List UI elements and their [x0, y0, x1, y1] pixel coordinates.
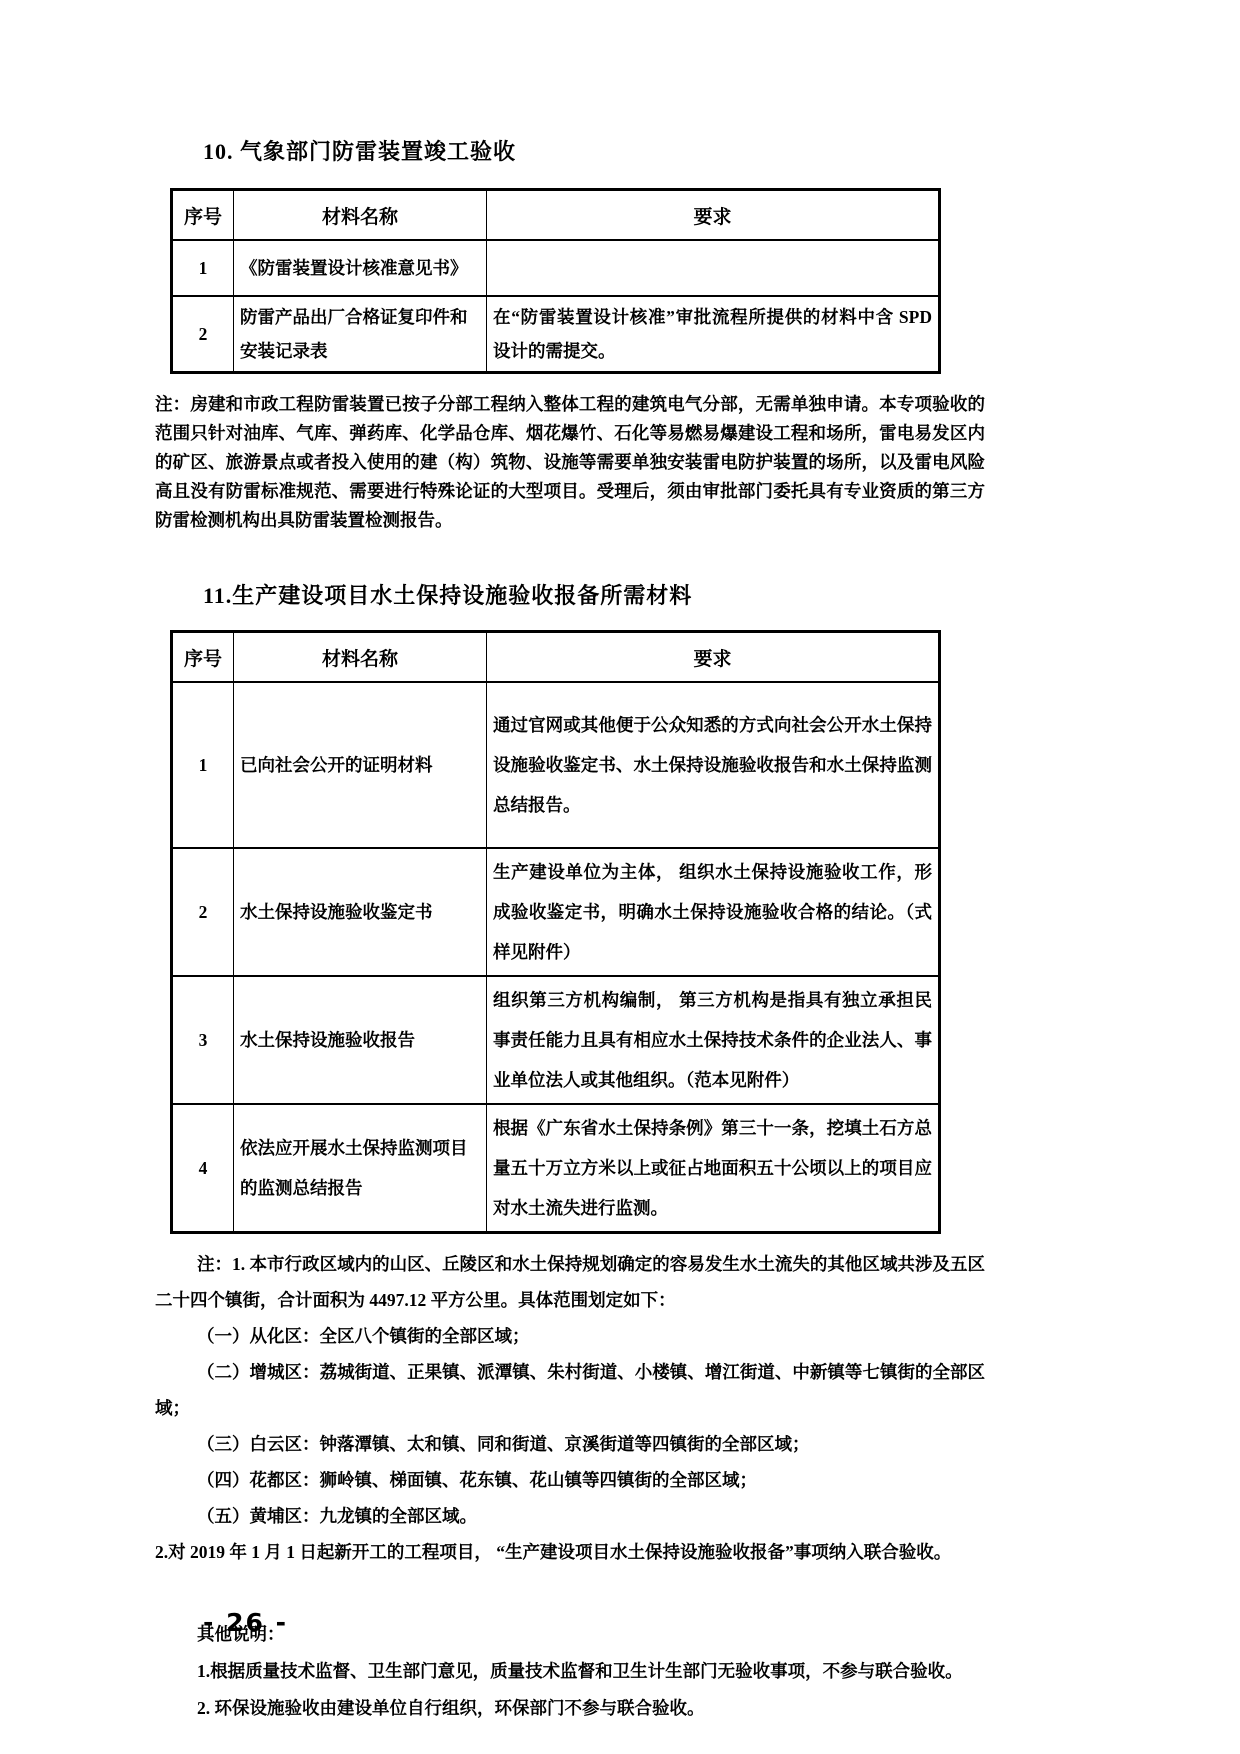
section11-note2: 2.对 2019 年 1 月 1 日起新开工的工程项目， “生产建设项目水土保持…	[155, 1534, 985, 1570]
cell-no: 2	[172, 848, 234, 976]
section10-materials-table: 序号 材料名称 要求 1 《防雷装置设计核准意见书》 2 防雷产品出厂合格证复印…	[170, 188, 941, 374]
header-no: 序号	[172, 190, 234, 241]
cell-no: 3	[172, 976, 234, 1104]
district-item: （五）黄埔区：九龙镇的全部区域。	[155, 1498, 985, 1534]
table-row: 1 《防雷装置设计核准意见书》	[172, 240, 940, 296]
cell-material: 水土保持设施验收报告	[234, 976, 487, 1104]
cell-requirement: 根据《广东省水土保持条例》第三十一条，挖填土石方总量五十万立方米以上或征占地面积…	[487, 1104, 940, 1233]
table-row: 2 水土保持设施验收鉴定书 生产建设单位为主体， 组织水土保持设施验收工作，形成…	[172, 848, 940, 976]
district-item: （四）花都区：狮岭镇、梯面镇、花东镇、花山镇等四镇街的全部区域；	[155, 1462, 985, 1498]
header-requirement: 要求	[487, 190, 940, 241]
other-notes-title: 其他说明：	[197, 1616, 985, 1653]
district-item: （一）从化区：全区八个镇街的全部区域；	[155, 1318, 985, 1354]
section11-note1: 注：1. 本市行政区域内的山区、丘陵区和水土保持规划确定的容易发生水土流失的其他…	[155, 1246, 985, 1318]
cell-material: 已向社会公开的证明材料	[234, 682, 487, 848]
cell-no: 1	[172, 240, 234, 296]
cell-material: 水土保持设施验收鉴定书	[234, 848, 487, 976]
header-material: 材料名称	[234, 190, 487, 241]
cell-material: 《防雷装置设计核准意见书》	[234, 240, 487, 296]
other-note-item: 2. 环保设施验收由建设单位自行组织，环保部门不参与联合验收。	[197, 1690, 985, 1727]
section11-title: 11.生产建设项目水土保持设施验收报备所需材料	[203, 579, 985, 610]
cell-requirement	[487, 240, 940, 296]
header-material: 材料名称	[234, 632, 487, 683]
cell-requirement: 通过官网或其他便于公众知悉的方式向社会公开水土保持设施验收鉴定书、水土保持设施验…	[487, 682, 940, 848]
cell-no: 4	[172, 1104, 234, 1233]
section10-note: 注：房建和市政工程防雷装置已按子分部工程纳入整体工程的建筑电气分部，无需单独申请…	[155, 390, 985, 535]
table-row: 4 依法应开展水土保持监测项目的监测总结报告 根据《广东省水土保持条例》第三十一…	[172, 1104, 940, 1233]
document-page: 10. 气象部门防雷装置竣工验收 序号 材料名称 要求 1 《防雷装置设计核准意…	[0, 0, 1240, 1754]
table-row: 1 已向社会公开的证明材料 通过官网或其他便于公众知悉的方式向社会公开水土保持设…	[172, 682, 940, 848]
cell-material: 防雷产品出厂合格证复印件和安装记录表	[234, 296, 487, 373]
cell-requirement: 在“防雷装置设计核准”审批流程所提供的材料中含 SPD 设计的需提交。	[487, 296, 940, 373]
cell-material: 依法应开展水土保持监测项目的监测总结报告	[234, 1104, 487, 1233]
cell-requirement: 组织第三方机构编制， 第三方机构是指具有独立承担民事责任能力且具有相应水土保持技…	[487, 976, 940, 1104]
cell-no: 2	[172, 296, 234, 373]
district-item: （三）白云区：钟落潭镇、太和镇、同和街道、京溪街道等四镇街的全部区域；	[155, 1426, 985, 1462]
table-header-row: 序号 材料名称 要求	[172, 632, 940, 683]
cell-requirement: 生产建设单位为主体， 组织水土保持设施验收工作，形成验收鉴定书，明确水土保持设施…	[487, 848, 940, 976]
section11-notes: 注：1. 本市行政区域内的山区、丘陵区和水土保持规划确定的容易发生水土流失的其他…	[155, 1246, 985, 1570]
other-note-item: 1.根据质量技术监督、卫生部门意见，质量技术监督和卫生计生部门无验收事项，不参与…	[197, 1653, 985, 1690]
district-item: （二）增城区：荔城街道、正果镇、派潭镇、朱村街道、小楼镇、增江街道、中新镇等七镇…	[155, 1354, 985, 1426]
section11-materials-table: 序号 材料名称 要求 1 已向社会公开的证明材料 通过官网或其他便于公众知悉的方…	[170, 630, 941, 1234]
cell-no: 1	[172, 682, 234, 848]
table-row: 3 水土保持设施验收报告 组织第三方机构编制， 第三方机构是指具有独立承担民事责…	[172, 976, 940, 1104]
table-row: 2 防雷产品出厂合格证复印件和安装记录表 在“防雷装置设计核准”审批流程所提供的…	[172, 296, 940, 373]
page-number: - 26 -	[203, 1608, 288, 1637]
header-no: 序号	[172, 632, 234, 683]
other-notes: 其他说明： 1.根据质量技术监督、卫生部门意见，质量技术监督和卫生计生部门无验收…	[197, 1616, 985, 1727]
header-requirement: 要求	[487, 632, 940, 683]
table-header-row: 序号 材料名称 要求	[172, 190, 940, 241]
section10-title: 10. 气象部门防雷装置竣工验收	[203, 135, 985, 166]
